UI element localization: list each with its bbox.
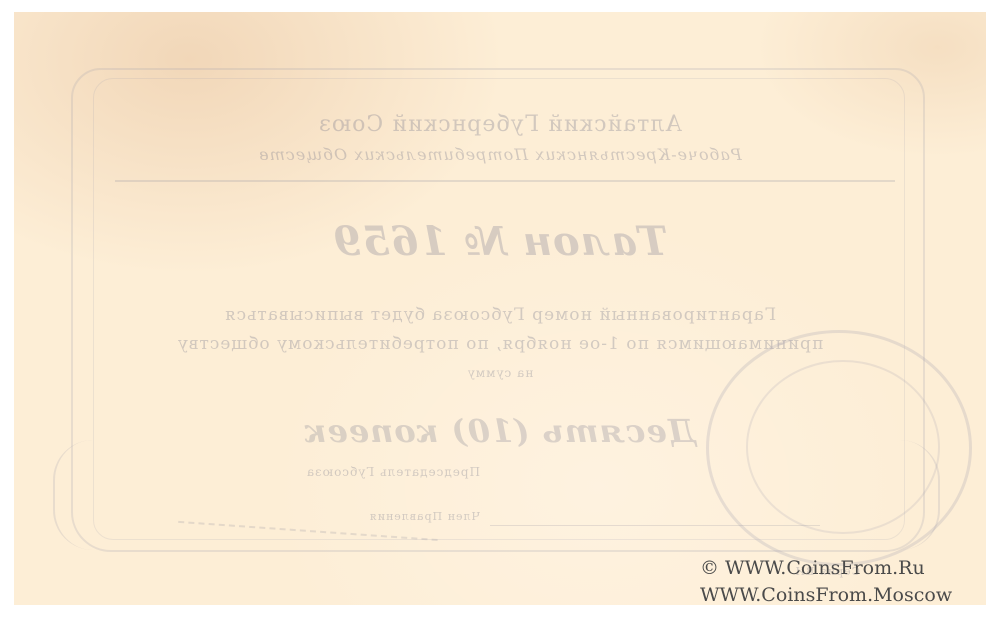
watermark-line-2: WWW.CoinsFrom.Moscow	[700, 584, 952, 606]
perforated-right-edge	[982, 12, 992, 605]
scrip-paper	[14, 12, 986, 605]
watermark-line-1: © WWW.CoinsFrom.Ru	[700, 557, 925, 579]
perforated-top-edge	[14, 6, 986, 16]
left-edge	[10, 12, 18, 605]
